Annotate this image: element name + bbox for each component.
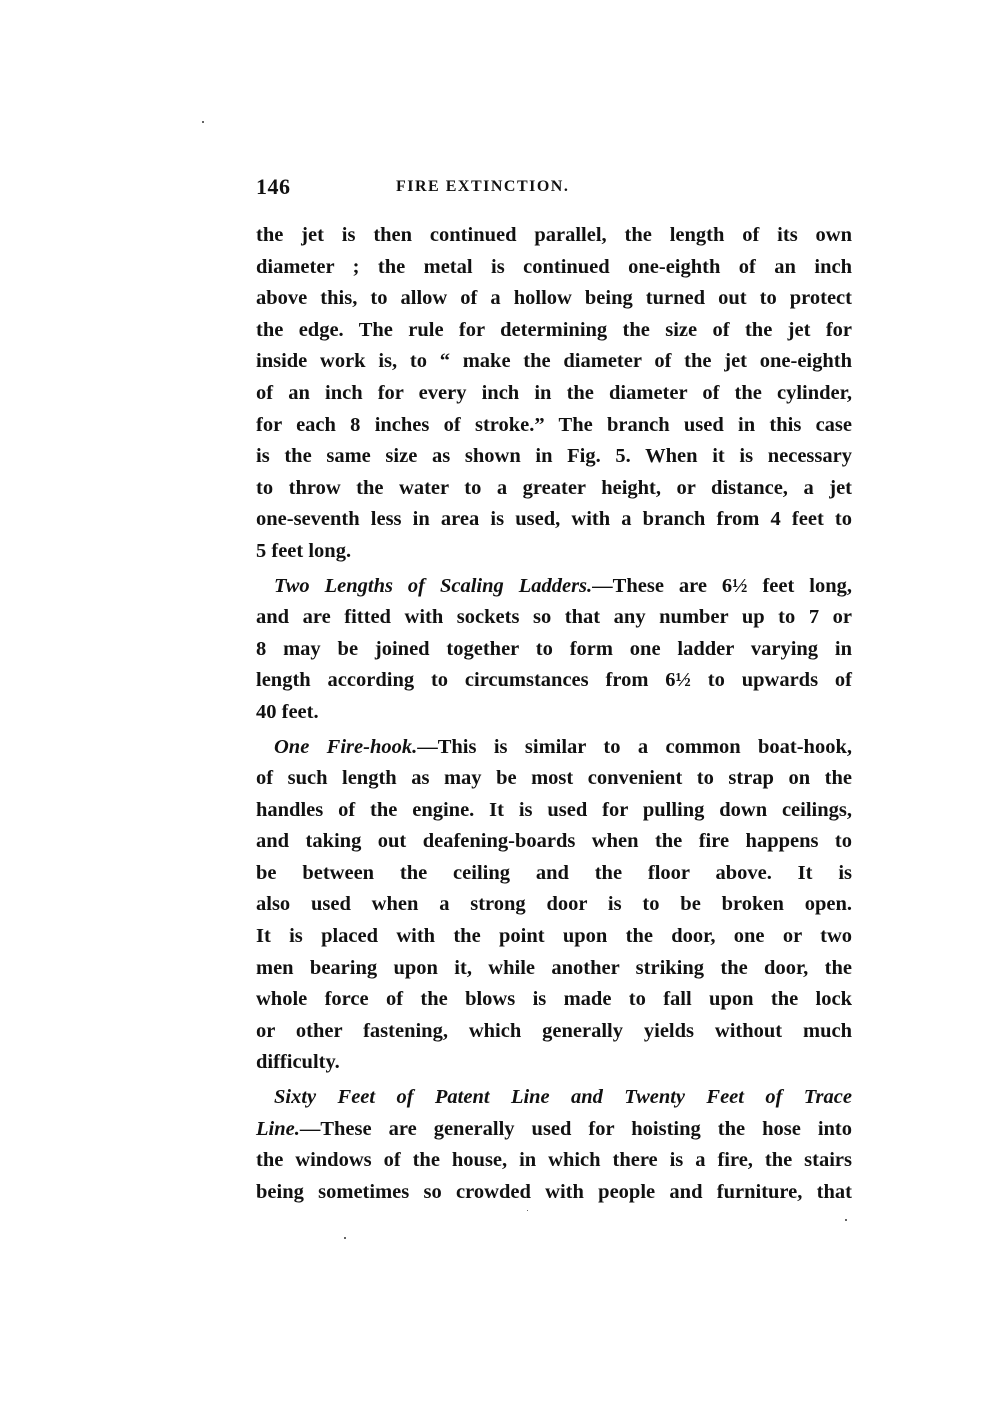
paragraph-fire-hook: One Fire-hook.—This is similar to a comm…	[256, 732, 852, 1080]
running-title: FIRE EXTINCTION.	[396, 178, 569, 196]
text-line: above this, to allow of a hollow being t…	[256, 283, 852, 315]
text-line: One Fire-hook.—This is similar to a comm…	[256, 732, 852, 764]
text-run: —These are generally used for hoisting t…	[300, 1118, 852, 1140]
text-line: also used when a strong door is to be br…	[256, 889, 852, 921]
text-line: inside work is, to “ make the diameter o…	[256, 346, 852, 378]
scan-speck	[344, 1237, 346, 1239]
scan-speck	[845, 1219, 847, 1221]
text-line: length according to circumstances from 6…	[256, 665, 852, 697]
paragraph-jet-description: the jet is then continued parallel, the …	[256, 220, 852, 568]
text-line: of such length as may be most convenient…	[256, 763, 852, 795]
body-text: the jet is then continued parallel, the …	[256, 220, 852, 1208]
paragraph-scaling-ladders: Two Lengths of Scaling Ladders.—These ar…	[256, 571, 852, 729]
section-heading: Two Lengths of Scaling Ladders.	[274, 575, 592, 597]
text-line: handles of the engine. It is used for pu…	[256, 795, 852, 827]
running-head: 146 FIRE EXTINCTION.	[256, 170, 852, 202]
text-line: of an inch for every inch in the diamete…	[256, 378, 852, 410]
paragraph-patent-line: Sixty Feet of Patent Line and Twenty Fee…	[256, 1082, 852, 1208]
section-heading: One Fire-hook.	[274, 736, 417, 758]
text-line: being sometimes so crowded with people a…	[256, 1177, 852, 1209]
text-line: or other fastening, which generally yiel…	[256, 1016, 852, 1048]
text-line: Line.—These are generally used for hoist…	[256, 1114, 852, 1146]
text-line: difficulty.	[256, 1047, 852, 1079]
scan-speck	[202, 121, 204, 123]
text-line: the edge. The rule for determining the s…	[256, 315, 852, 347]
text-run: —These are 6½ feet long,	[592, 575, 852, 597]
text-line: diameter ; the metal is continued one-ei…	[256, 252, 852, 284]
book-page: 146 FIRE EXTINCTION. the jet is then con…	[256, 170, 852, 202]
text-line: to throw the water to a greater height, …	[256, 473, 852, 505]
section-heading: Sixty Feet of Patent Line and Twenty Fee…	[256, 1082, 852, 1114]
text-line: be between the ceiling and the floor abo…	[256, 858, 852, 890]
text-run: —This is similar to a common boat-hook,	[417, 736, 852, 758]
text-line: 8 may be joined together to form one lad…	[256, 634, 852, 666]
text-line: for each 8 inches of stroke.” The branch…	[256, 410, 852, 442]
text-line: the windows of the house, in which there…	[256, 1145, 852, 1177]
text-line: one-seventh less in area is used, with a…	[256, 504, 852, 536]
page-number: 146	[256, 174, 291, 200]
text-line: 5 feet long.	[256, 536, 852, 568]
section-heading-continued: Line.	[256, 1118, 300, 1140]
text-line: It is placed with the point upon the doo…	[256, 921, 852, 953]
text-line: 40 feet.	[256, 697, 852, 729]
text-line: men bearing upon it, while another strik…	[256, 953, 852, 985]
text-line: and taking out deafening-boards when the…	[256, 826, 852, 858]
text-line: Two Lengths of Scaling Ladders.—These ar…	[256, 571, 852, 603]
text-line: is the same size as shown in Fig. 5. Whe…	[256, 441, 852, 473]
text-line: and are fitted with sockets so that any …	[256, 602, 852, 634]
text-line: whole force of the blows is made to fall…	[256, 984, 852, 1016]
scan-speck	[527, 1210, 528, 1211]
text-line: the jet is then continued parallel, the …	[256, 220, 852, 252]
